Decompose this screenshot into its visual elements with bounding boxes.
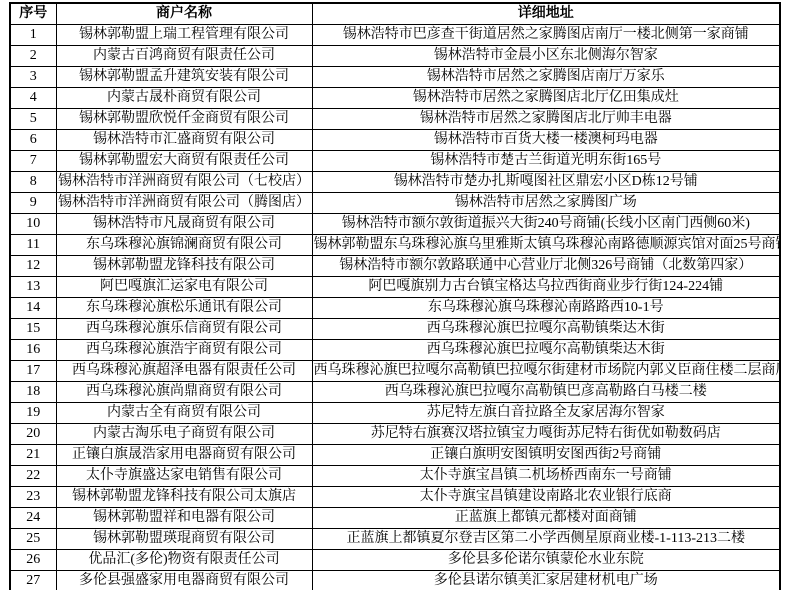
merchant-name-cell: 阿巴嘎旗汇运家电有限公司 (56, 277, 312, 298)
merchant-name-cell: 多伦县强盛家用电器商贸有限公司 (56, 571, 312, 590)
table-row: 5锡林郭勒盟欣悦仟金商贸有限公司锡林浩特市居然之家腾图店北厅帅丰电器 (10, 109, 780, 130)
merchant-address-cell: 锡林郭勒盟东乌珠穆沁旗乌里雅斯太镇乌珠穆沁南路德顺源宾馆对面25号商铺 (312, 235, 780, 256)
merchant-name-cell: 锡林郭勒盟宏大商贸有限责任公司 (56, 151, 312, 172)
row-index-cell: 26 (10, 550, 56, 571)
header-row: 序号 商户名称 详细地址 (10, 3, 780, 25)
table-row: 2内蒙古百鸿商贸有限责任公司锡林浩特市金晨小区东北侧海尔智家 (10, 46, 780, 67)
row-index-cell: 12 (10, 256, 56, 277)
table-row: 18西乌珠穆沁旗尚鼎商贸有限公司西乌珠穆沁旗巴拉嘎尔高勒镇巴彦高勒路白马楼二楼 (10, 382, 780, 403)
row-index-cell: 16 (10, 340, 56, 361)
row-index-cell: 8 (10, 172, 56, 193)
merchant-name-cell: 锡林郭勒盟龙锋科技有限公司 (56, 256, 312, 277)
merchant-address-cell: 正蓝旗上都镇元都楼对面商铺 (312, 508, 780, 529)
merchant-name-cell: 锡林浩特市洋洲商贸有限公司（七校店） (56, 172, 312, 193)
table-row: 25锡林郭勒盟瑛琨商贸有限公司正蓝旗上都镇夏尔登吉区第二小学西侧星原商业楼-1-… (10, 529, 780, 550)
merchant-name-cell: 东乌珠穆沁旗锦澜商贸有限公司 (56, 235, 312, 256)
merchant-table-container: 序号 商户名称 详细地址 1锡林郭勒盟上瑞工程管理有限公司锡林浩特市巴彦查干街道… (0, 0, 790, 590)
table-row: 9锡林浩特市洋洲商贸有限公司（腾图店）锡林浩特市居然之家腾图广场 (10, 193, 780, 214)
merchant-name-cell: 优品汇(多伦)物资有限责任公司 (56, 550, 312, 571)
merchant-address-cell: 锡林浩特市百货大楼一楼澳柯玛电器 (312, 130, 780, 151)
merchant-address-cell: 苏尼特左旗白音拉路全友家居海尔智家 (312, 403, 780, 424)
merchant-name-cell: 西乌珠穆沁旗尚鼎商贸有限公司 (56, 382, 312, 403)
merchant-address-cell: 阿巴嘎旗别力古台镇宝格达乌拉西街商业步行街124-224铺 (312, 277, 780, 298)
row-index-cell: 23 (10, 487, 56, 508)
row-index-cell: 27 (10, 571, 56, 590)
merchant-name-cell: 西乌珠穆沁旗乐信商贸有限公司 (56, 319, 312, 340)
merchant-address-cell: 多伦县多伦诺尔镇蒙伦水业东院 (312, 550, 780, 571)
merchant-address-cell: 锡林浩特市楚古兰街道光明东街165号 (312, 151, 780, 172)
table-row: 16西乌珠穆沁旗浩宇商贸有限公司西乌珠穆沁旗巴拉嘎尔高勒镇柴达木街 (10, 340, 780, 361)
row-index-cell: 1 (10, 25, 56, 46)
merchant-address-cell: 西乌珠穆沁旗巴拉嘎尔高勒镇巴拉嘎尔街建材市场院内郭义臣商住楼二层商厅 (312, 361, 780, 382)
merchant-name-cell: 锡林浩特市汇盛商贸有限公司 (56, 130, 312, 151)
row-index-cell: 9 (10, 193, 56, 214)
merchant-name-cell: 锡林郭勒盟龙锋科技有限公司太旗店 (56, 487, 312, 508)
table-row: 8锡林浩特市洋洲商贸有限公司（七校店）锡林浩特市楚办扎斯嘎图社区鼎宏小区D栋12… (10, 172, 780, 193)
table-row: 24锡林郭勒盟祥和电器有限公司正蓝旗上都镇元都楼对面商铺 (10, 508, 780, 529)
column-header-index: 序号 (10, 3, 56, 25)
merchant-name-cell: 锡林郭勒盟上瑞工程管理有限公司 (56, 25, 312, 46)
table-row: 26优品汇(多伦)物资有限责任公司多伦县多伦诺尔镇蒙伦水业东院 (10, 550, 780, 571)
table-row: 23锡林郭勒盟龙锋科技有限公司太旗店太仆寺旗宝昌镇建设南路北农业银行底商 (10, 487, 780, 508)
merchant-name-cell: 西乌珠穆沁旗超泽电器有限责任公司 (56, 361, 312, 382)
row-index-cell: 10 (10, 214, 56, 235)
merchant-address-cell: 锡林浩特市楚办扎斯嘎图社区鼎宏小区D栋12号铺 (312, 172, 780, 193)
merchant-name-cell: 内蒙古百鸿商贸有限责任公司 (56, 46, 312, 67)
merchant-name-cell: 内蒙古晟朴商贸有限公司 (56, 88, 312, 109)
merchant-address-cell: 锡林浩特市额尔敦路联通中心营业厅北侧326号商铺（北数第四家） (312, 256, 780, 277)
merchant-name-cell: 内蒙古全有商贸有限公司 (56, 403, 312, 424)
row-index-cell: 7 (10, 151, 56, 172)
table-row: 27多伦县强盛家用电器商贸有限公司多伦县诺尔镇美汇家居建材机电广场 (10, 571, 780, 590)
merchant-address-cell: 正蓝旗上都镇夏尔登吉区第二小学西侧星原商业楼-1-113-213二楼 (312, 529, 780, 550)
table-row: 12锡林郭勒盟龙锋科技有限公司锡林浩特市额尔敦路联通中心营业厅北侧326号商铺（… (10, 256, 780, 277)
merchant-address-cell: 锡林浩特市金晨小区东北侧海尔智家 (312, 46, 780, 67)
row-index-cell: 6 (10, 130, 56, 151)
merchant-name-cell: 正镶白旗晟浩家用电器商贸有限公司 (56, 445, 312, 466)
merchant-name-cell: 内蒙古淘乐电子商贸有限公司 (56, 424, 312, 445)
table-row: 6锡林浩特市汇盛商贸有限公司锡林浩特市百货大楼一楼澳柯玛电器 (10, 130, 780, 151)
table-row: 1锡林郭勒盟上瑞工程管理有限公司锡林浩特市巴彦查干街道居然之家腾图店南厅一楼北侧… (10, 25, 780, 46)
merchant-address-cell: 苏尼特右旗赛汉塔拉镇宝力嘎街苏尼特右街优如勒数码店 (312, 424, 780, 445)
merchant-address-cell: 西乌珠穆沁旗巴拉嘎尔高勒镇柴达木街 (312, 340, 780, 361)
row-index-cell: 21 (10, 445, 56, 466)
merchant-address-cell: 锡林浩特市居然之家腾图店南厅万家乐 (312, 67, 780, 88)
merchant-name-cell: 锡林郭勒盟欣悦仟金商贸有限公司 (56, 109, 312, 130)
row-index-cell: 13 (10, 277, 56, 298)
table-row: 11东乌珠穆沁旗锦澜商贸有限公司锡林郭勒盟东乌珠穆沁旗乌里雅斯太镇乌珠穆沁南路德… (10, 235, 780, 256)
merchant-name-cell: 西乌珠穆沁旗浩宇商贸有限公司 (56, 340, 312, 361)
table-row: 7锡林郭勒盟宏大商贸有限责任公司锡林浩特市楚古兰街道光明东街165号 (10, 151, 780, 172)
row-index-cell: 2 (10, 46, 56, 67)
merchant-name-cell: 锡林郭勒盟瑛琨商贸有限公司 (56, 529, 312, 550)
column-header-address: 详细地址 (312, 3, 780, 25)
merchant-name-cell: 太仆寺旗盛达家电销售有限公司 (56, 466, 312, 487)
merchant-address-cell: 东乌珠穆沁旗乌珠穆沁南路路西10-1号 (312, 298, 780, 319)
row-index-cell: 25 (10, 529, 56, 550)
row-index-cell: 11 (10, 235, 56, 256)
row-index-cell: 19 (10, 403, 56, 424)
merchant-name-cell: 锡林浩特市凡晟商贸有限公司 (56, 214, 312, 235)
table-row: 20内蒙古淘乐电子商贸有限公司苏尼特右旗赛汉塔拉镇宝力嘎街苏尼特右街优如勒数码店 (10, 424, 780, 445)
merchant-address-cell: 正镶白旗明安图镇明安图西街2号商铺 (312, 445, 780, 466)
table-row: 13阿巴嘎旗汇运家电有限公司阿巴嘎旗别力古台镇宝格达乌拉西街商业步行街124-2… (10, 277, 780, 298)
table-header: 序号 商户名称 详细地址 (10, 3, 780, 25)
table-row: 15西乌珠穆沁旗乐信商贸有限公司西乌珠穆沁旗巴拉嘎尔高勒镇柴达木街 (10, 319, 780, 340)
merchant-name-cell: 锡林浩特市洋洲商贸有限公司（腾图店） (56, 193, 312, 214)
table-row: 4内蒙古晟朴商贸有限公司锡林浩特市居然之家腾图店北厅亿田集成灶 (10, 88, 780, 109)
row-index-cell: 4 (10, 88, 56, 109)
merchant-name-cell: 锡林郭勒盟孟升建筑安装有限公司 (56, 67, 312, 88)
table-body: 1锡林郭勒盟上瑞工程管理有限公司锡林浩特市巴彦查干街道居然之家腾图店南厅一楼北侧… (10, 25, 780, 590)
column-header-merchant: 商户名称 (56, 3, 312, 25)
row-index-cell: 22 (10, 466, 56, 487)
merchant-address-cell: 太仆寺旗宝昌镇二机场桥西南东一号商铺 (312, 466, 780, 487)
table-row: 19内蒙古全有商贸有限公司苏尼特左旗白音拉路全友家居海尔智家 (10, 403, 780, 424)
table-row: 10锡林浩特市凡晟商贸有限公司锡林浩特市额尔敦街道振兴大街240号商铺(长线小区… (10, 214, 780, 235)
row-index-cell: 17 (10, 361, 56, 382)
merchant-address-cell: 锡林浩特市居然之家腾图广场 (312, 193, 780, 214)
merchant-address-cell: 锡林浩特市额尔敦街道振兴大街240号商铺(长线小区南门西侧60米) (312, 214, 780, 235)
row-index-cell: 5 (10, 109, 56, 130)
merchant-table: 序号 商户名称 详细地址 1锡林郭勒盟上瑞工程管理有限公司锡林浩特市巴彦查干街道… (9, 2, 781, 590)
row-index-cell: 14 (10, 298, 56, 319)
row-index-cell: 20 (10, 424, 56, 445)
row-index-cell: 15 (10, 319, 56, 340)
merchant-address-cell: 多伦县诺尔镇美汇家居建材机电广场 (312, 571, 780, 590)
merchant-address-cell: 锡林浩特市居然之家腾图店北厅帅丰电器 (312, 109, 780, 130)
merchant-address-cell: 太仆寺旗宝昌镇建设南路北农业银行底商 (312, 487, 780, 508)
table-row: 22太仆寺旗盛达家电销售有限公司太仆寺旗宝昌镇二机场桥西南东一号商铺 (10, 466, 780, 487)
merchant-address-cell: 锡林浩特市巴彦查干街道居然之家腾图店南厅一楼北侧第一家商铺 (312, 25, 780, 46)
row-index-cell: 3 (10, 67, 56, 88)
row-index-cell: 24 (10, 508, 56, 529)
table-row: 17西乌珠穆沁旗超泽电器有限责任公司西乌珠穆沁旗巴拉嘎尔高勒镇巴拉嘎尔街建材市场… (10, 361, 780, 382)
merchant-address-cell: 锡林浩特市居然之家腾图店北厅亿田集成灶 (312, 88, 780, 109)
merchant-address-cell: 西乌珠穆沁旗巴拉嘎尔高勒镇巴彦高勒路白马楼二楼 (312, 382, 780, 403)
row-index-cell: 18 (10, 382, 56, 403)
merchant-name-cell: 东乌珠穆沁旗松乐通讯有限公司 (56, 298, 312, 319)
merchant-name-cell: 锡林郭勒盟祥和电器有限公司 (56, 508, 312, 529)
table-row: 3锡林郭勒盟孟升建筑安装有限公司锡林浩特市居然之家腾图店南厅万家乐 (10, 67, 780, 88)
table-row: 14东乌珠穆沁旗松乐通讯有限公司东乌珠穆沁旗乌珠穆沁南路路西10-1号 (10, 298, 780, 319)
merchant-address-cell: 西乌珠穆沁旗巴拉嘎尔高勒镇柴达木街 (312, 319, 780, 340)
table-row: 21正镶白旗晟浩家用电器商贸有限公司正镶白旗明安图镇明安图西街2号商铺 (10, 445, 780, 466)
